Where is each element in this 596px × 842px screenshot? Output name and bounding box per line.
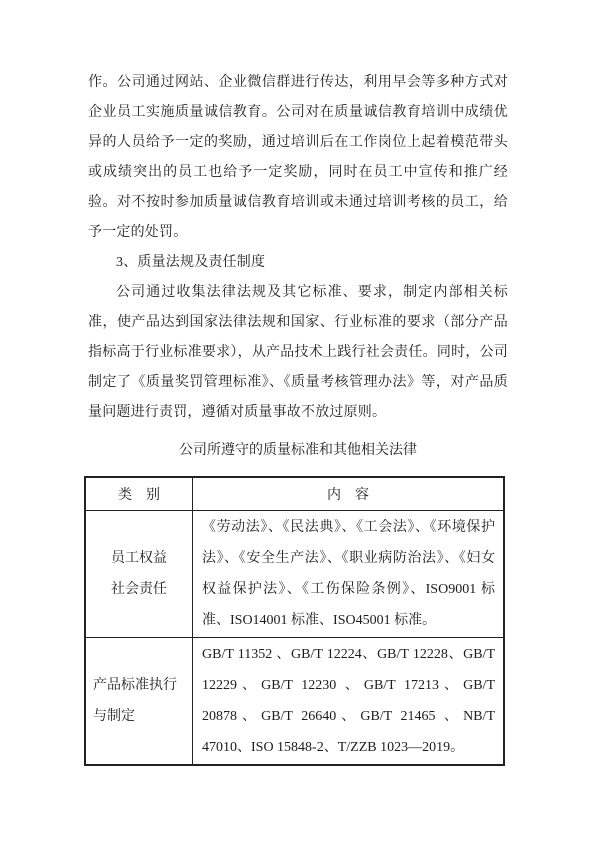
header-content: 内 容 [193,477,505,511]
quality-standards-table: 类 别 内 容 员工权益 社会责任 《劳动法》、《民法典》、《工会法》、《环境保… [84,476,505,766]
table-row-product-standards: 产品标准执行与制定 GB/T 11352 、GB/T 12224、GB/T 12… [85,638,504,766]
header-category: 类 别 [85,477,193,511]
table-header-row: 类 别 内 容 [85,477,504,511]
content-cell: 《劳动法》、《民法典》、《工会法》、《环境保护法》、《安全生产法》、《职业病防治… [193,511,505,638]
table-row-employee-rights: 员工权益 社会责任 《劳动法》、《民法典》、《工会法》、《环境保护法》、《安全生… [85,511,504,638]
content-cell: GB/T 11352 、GB/T 12224、GB/T 12228、GB/T 1… [193,638,505,766]
table-caption: 公司所遵守的质量标准和其他相关法律 [88,438,508,464]
document-page: 作。公司通过网站、企业微信群进行传达，利用早会等多种方式对企业员工实施质量诚信教… [0,0,596,842]
paragraph-quality-education: 作。公司通过网站、企业微信群进行传达，利用早会等多种方式对企业员工实施质量诚信教… [88,68,508,248]
category-cell: 员工权益 社会责任 [85,511,193,638]
category-cell: 产品标准执行与制定 [85,638,193,766]
paragraph-quality-regulations: 公司通过收集法律法规及其它标准、要求，制定内部相关标准，使产品达到国家法律法规和… [88,278,508,428]
heading-quality-regulations: 3、质量法规及责任制度 [88,248,508,278]
